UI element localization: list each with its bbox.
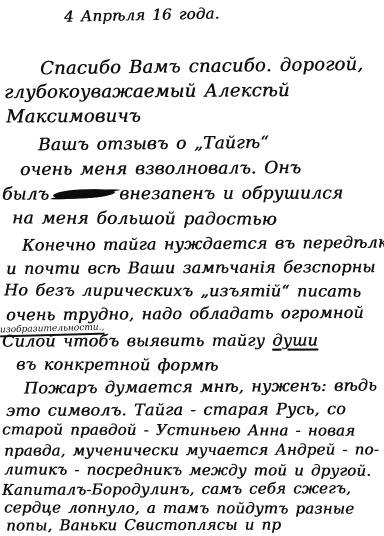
- manuscript-line: глубокоуважаемый Алексѣй: [4, 82, 290, 102]
- text-segment: Конечно тайга нуждается въ передѣлкѣ: [22, 232, 384, 254]
- text-segment: старой правдой - Устиньею Анна - новая: [2, 420, 355, 439]
- manuscript-page: 4 Апрѣля 16 года.Спасибо Вамъ спасибо. д…: [0, 0, 384, 536]
- text-segment: внезапенъ и обрушился: [119, 183, 343, 204]
- text-segment: сердце лопнуло, а тамъ пойдутъ разные: [4, 498, 354, 517]
- text-segment: Силой чтобъ выявить тайгу: [2, 331, 272, 351]
- text-segment: души: [272, 330, 318, 349]
- date-line: 4 Апрѣля 16 года.: [64, 6, 220, 24]
- text-segment: Пожаръ думается мнѣ, нуженъ: вѣдь: [24, 375, 377, 397]
- manuscript-line: Спасибо Вамъ спасибо. дорогой,: [40, 56, 363, 79]
- text-segment: литикъ - посредникъ между той и другой.: [4, 460, 371, 479]
- manuscript-line: Конечно тайга нуждается въ передѣлкѣ: [22, 234, 384, 253]
- text-segment: Вашъ отзывъ о „Тайгѣ“: [38, 133, 269, 155]
- text-segment: на меня большой радостью: [12, 208, 277, 229]
- crossed-out-word: [53, 188, 115, 200]
- manuscript-line: литикъ - посредникъ между той и другой.: [4, 462, 371, 478]
- manuscript-line: Пожаръ думается мнѣ, нуженъ: вѣдь: [24, 377, 377, 396]
- text-segment: правда, мученически мучается Андрей - по…: [4, 440, 379, 459]
- manuscript-line: на меня большой радостью: [12, 210, 277, 228]
- manuscript-line: это символъ. Тайга - старая Русь, со: [6, 401, 346, 419]
- text-segment: попы, Ваньки Свистоплясы и пр: [6, 516, 281, 535]
- manuscript-line: Максимовичъ: [6, 108, 141, 127]
- manuscript-line: былъвнезапенъ и обрушился: [2, 185, 343, 203]
- text-segment: былъ: [2, 184, 49, 204]
- text-segment: въ конкретной формѣ: [16, 354, 218, 374]
- manuscript-line: Вашъ отзывъ о „Тайгѣ“: [38, 135, 269, 154]
- manuscript-line: Но безъ лирическихъ „изъятій“ писать: [4, 282, 361, 299]
- manuscript-line: попы, Ваньки Свистоплясы и пр: [6, 518, 281, 534]
- manuscript-line: Силой чтобъ выявить тайгу души: [2, 332, 318, 349]
- text-segment: это символъ. Тайга - старая Русь, со: [6, 399, 346, 420]
- text-segment: Максимовичъ: [6, 106, 141, 128]
- text-segment: Капиталъ-Бородулинъ, самъ себя сжегъ,: [2, 479, 351, 499]
- manuscript-line: старой правдой - Устиньею Анна - новая: [2, 422, 355, 438]
- text-segment: и почти всѣ Ваши замѣчанія безспорны: [6, 257, 376, 278]
- text-segment: очень меня взволновалъ. Онъ: [20, 158, 301, 180]
- manuscript-line: очень меня взволновалъ. Онъ: [20, 160, 301, 179]
- manuscript-line: очень трудно, надо обладать огромной: [6, 305, 364, 323]
- manuscript-line: Капиталъ-Бородулинъ, самъ себя сжегъ,: [2, 481, 351, 498]
- text-segment: 4 Апрѣля 16 года.: [64, 4, 220, 25]
- text-segment: Спасибо Вамъ спасибо. дорогой,: [40, 54, 363, 80]
- manuscript-line: и почти всѣ Ваши замѣчанія безспорны: [6, 259, 376, 277]
- text-segment: Но безъ лирическихъ „изъятій“ писать: [4, 280, 361, 300]
- manuscript-line: сердце лопнуло, а тамъ пойдутъ разные: [4, 500, 354, 516]
- text-segment: глубокоуважаемый Алексѣй: [4, 80, 290, 103]
- text-segment: очень трудно, надо обладать огромной: [6, 303, 364, 324]
- manuscript-line: правда, мученически мучается Андрей - по…: [4, 442, 379, 458]
- manuscript-line: въ конкретной формѣ: [16, 356, 218, 373]
